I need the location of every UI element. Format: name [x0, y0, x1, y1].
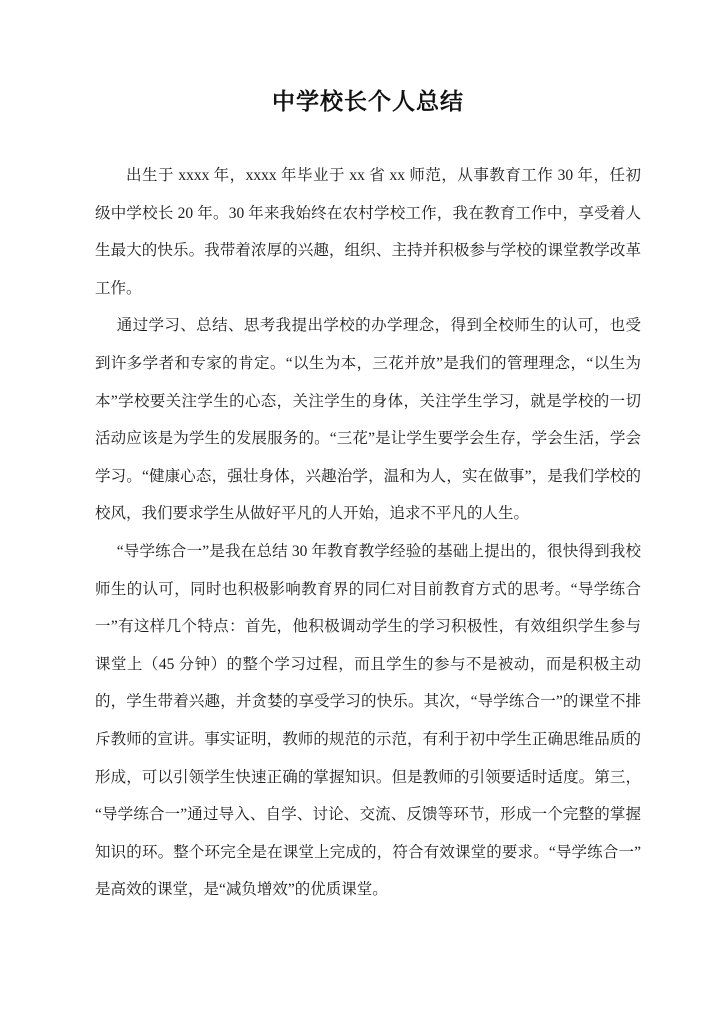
document-title: 中学校长个人总结 — [95, 86, 641, 117]
paragraph-philosophy: 通过学习、总结、思考我提出学校的办学理念，得到全校师生的认可，也受到许多学者和专… — [95, 307, 641, 533]
document-page: 中学校长个人总结 出生于 xxxx 年，xxxx 年毕业于 xx 省 xx 师范… — [0, 0, 721, 1020]
paragraph-intro: 出生于 xxxx 年，xxxx 年毕业于 xx 省 xx 师范，从事教育工作 3… — [95, 157, 641, 307]
document-body: 出生于 xxxx 年，xxxx 年毕业于 xx 省 xx 师范，从事教育工作 3… — [95, 157, 641, 909]
paragraph-teaching-method: “导学练合一”是我在总结 30 年教育教学经验的基础上提出的，很快得到我校师生的… — [95, 533, 641, 909]
